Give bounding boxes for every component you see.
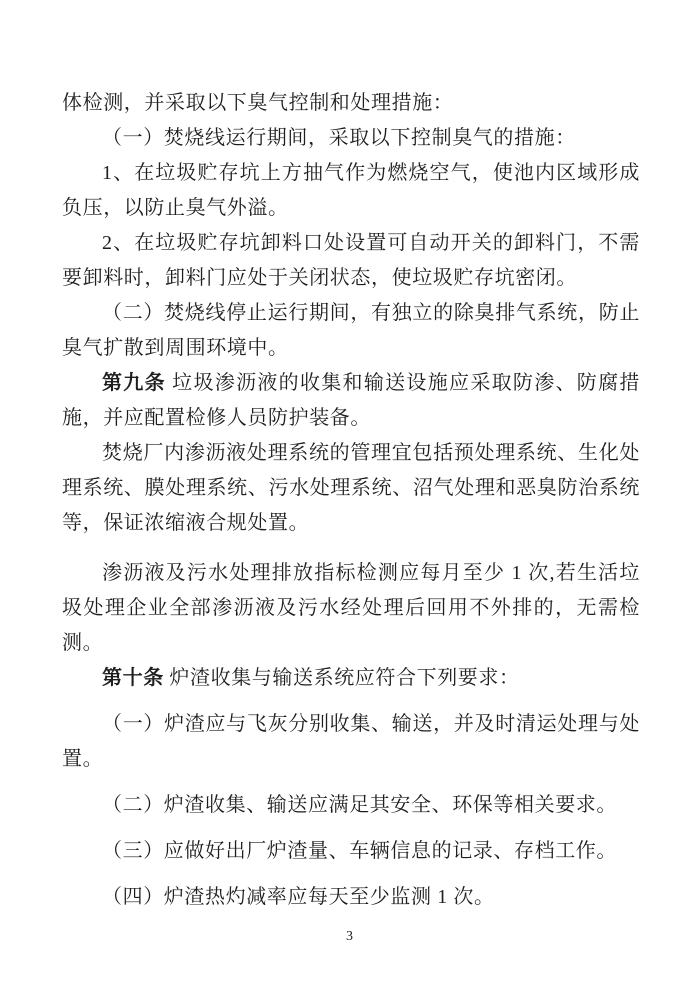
- paragraph-continuation: 体检测，并采取以下臭气控制和处理措施：: [62, 86, 640, 121]
- paragraph-slag-item-1: （一）炉渣应与飞灰分别收集、输送，并及时清运处理与处置。: [62, 707, 640, 777]
- paragraph-subitem-1: 1、在垃圾贮存坑上方抽气作为燃烧空气，使池内区域形成负压，以防止臭气外溢。: [62, 156, 640, 226]
- article-10-number: 第十条: [102, 667, 164, 689]
- paragraph-subitem-2: 2、在垃圾贮存坑卸料口处设置可自动开关的卸料门，不需要卸料时，卸料门应处于关闭状…: [62, 226, 640, 296]
- paragraph-slag-item-3: （三）应做好出厂炉渣量、车辆信息的记录、存档工作。: [62, 834, 640, 869]
- paragraph-item-2: （二）焚烧线停止运行期间，有独立的除臭排气系统，防止臭气扩散到周围环境中。: [62, 296, 640, 366]
- document-body: 体检测，并采取以下臭气控制和处理措施： （一）焚烧线运行期间，采取以下控制臭气的…: [62, 86, 640, 915]
- document-page: 体检测，并采取以下臭气控制和处理措施： （一）焚烧线运行期间，采取以下控制臭气的…: [0, 0, 699, 996]
- paragraph-slag-item-2: （二）炉渣收集、输送应满足其安全、环保等相关要求。: [62, 788, 640, 823]
- page-number: 3: [0, 928, 699, 946]
- paragraph-leachate-systems: 焚烧厂内渗沥液处理系统的管理宜包括预处理系统、生化处理系统、膜处理系统、污水处理…: [62, 436, 640, 541]
- article-10-text: 炉渣收集与输送系统应符合下列要求：: [164, 667, 520, 689]
- article-9-number: 第九条: [102, 372, 166, 394]
- paragraph-slag-item-4: （四）炉渣热灼减率应每天至少监测 1 次。: [62, 880, 640, 915]
- paragraph-item-1: （一）焚烧线运行期间，采取以下控制臭气的措施：: [62, 121, 640, 156]
- paragraph-article-9: 第九条 垃圾渗沥液的收集和输送设施应采取防渗、防腐措施，并应配置检修人员防护装备…: [62, 366, 640, 436]
- paragraph-article-10: 第十条 炉渣收集与输送系统应符合下列要求：: [62, 661, 640, 696]
- paragraph-leachate-testing: 渗沥液及污水处理排放指标检测应每月至少 1 次,若生活垃圾处理企业全部渗沥液及污…: [62, 556, 640, 661]
